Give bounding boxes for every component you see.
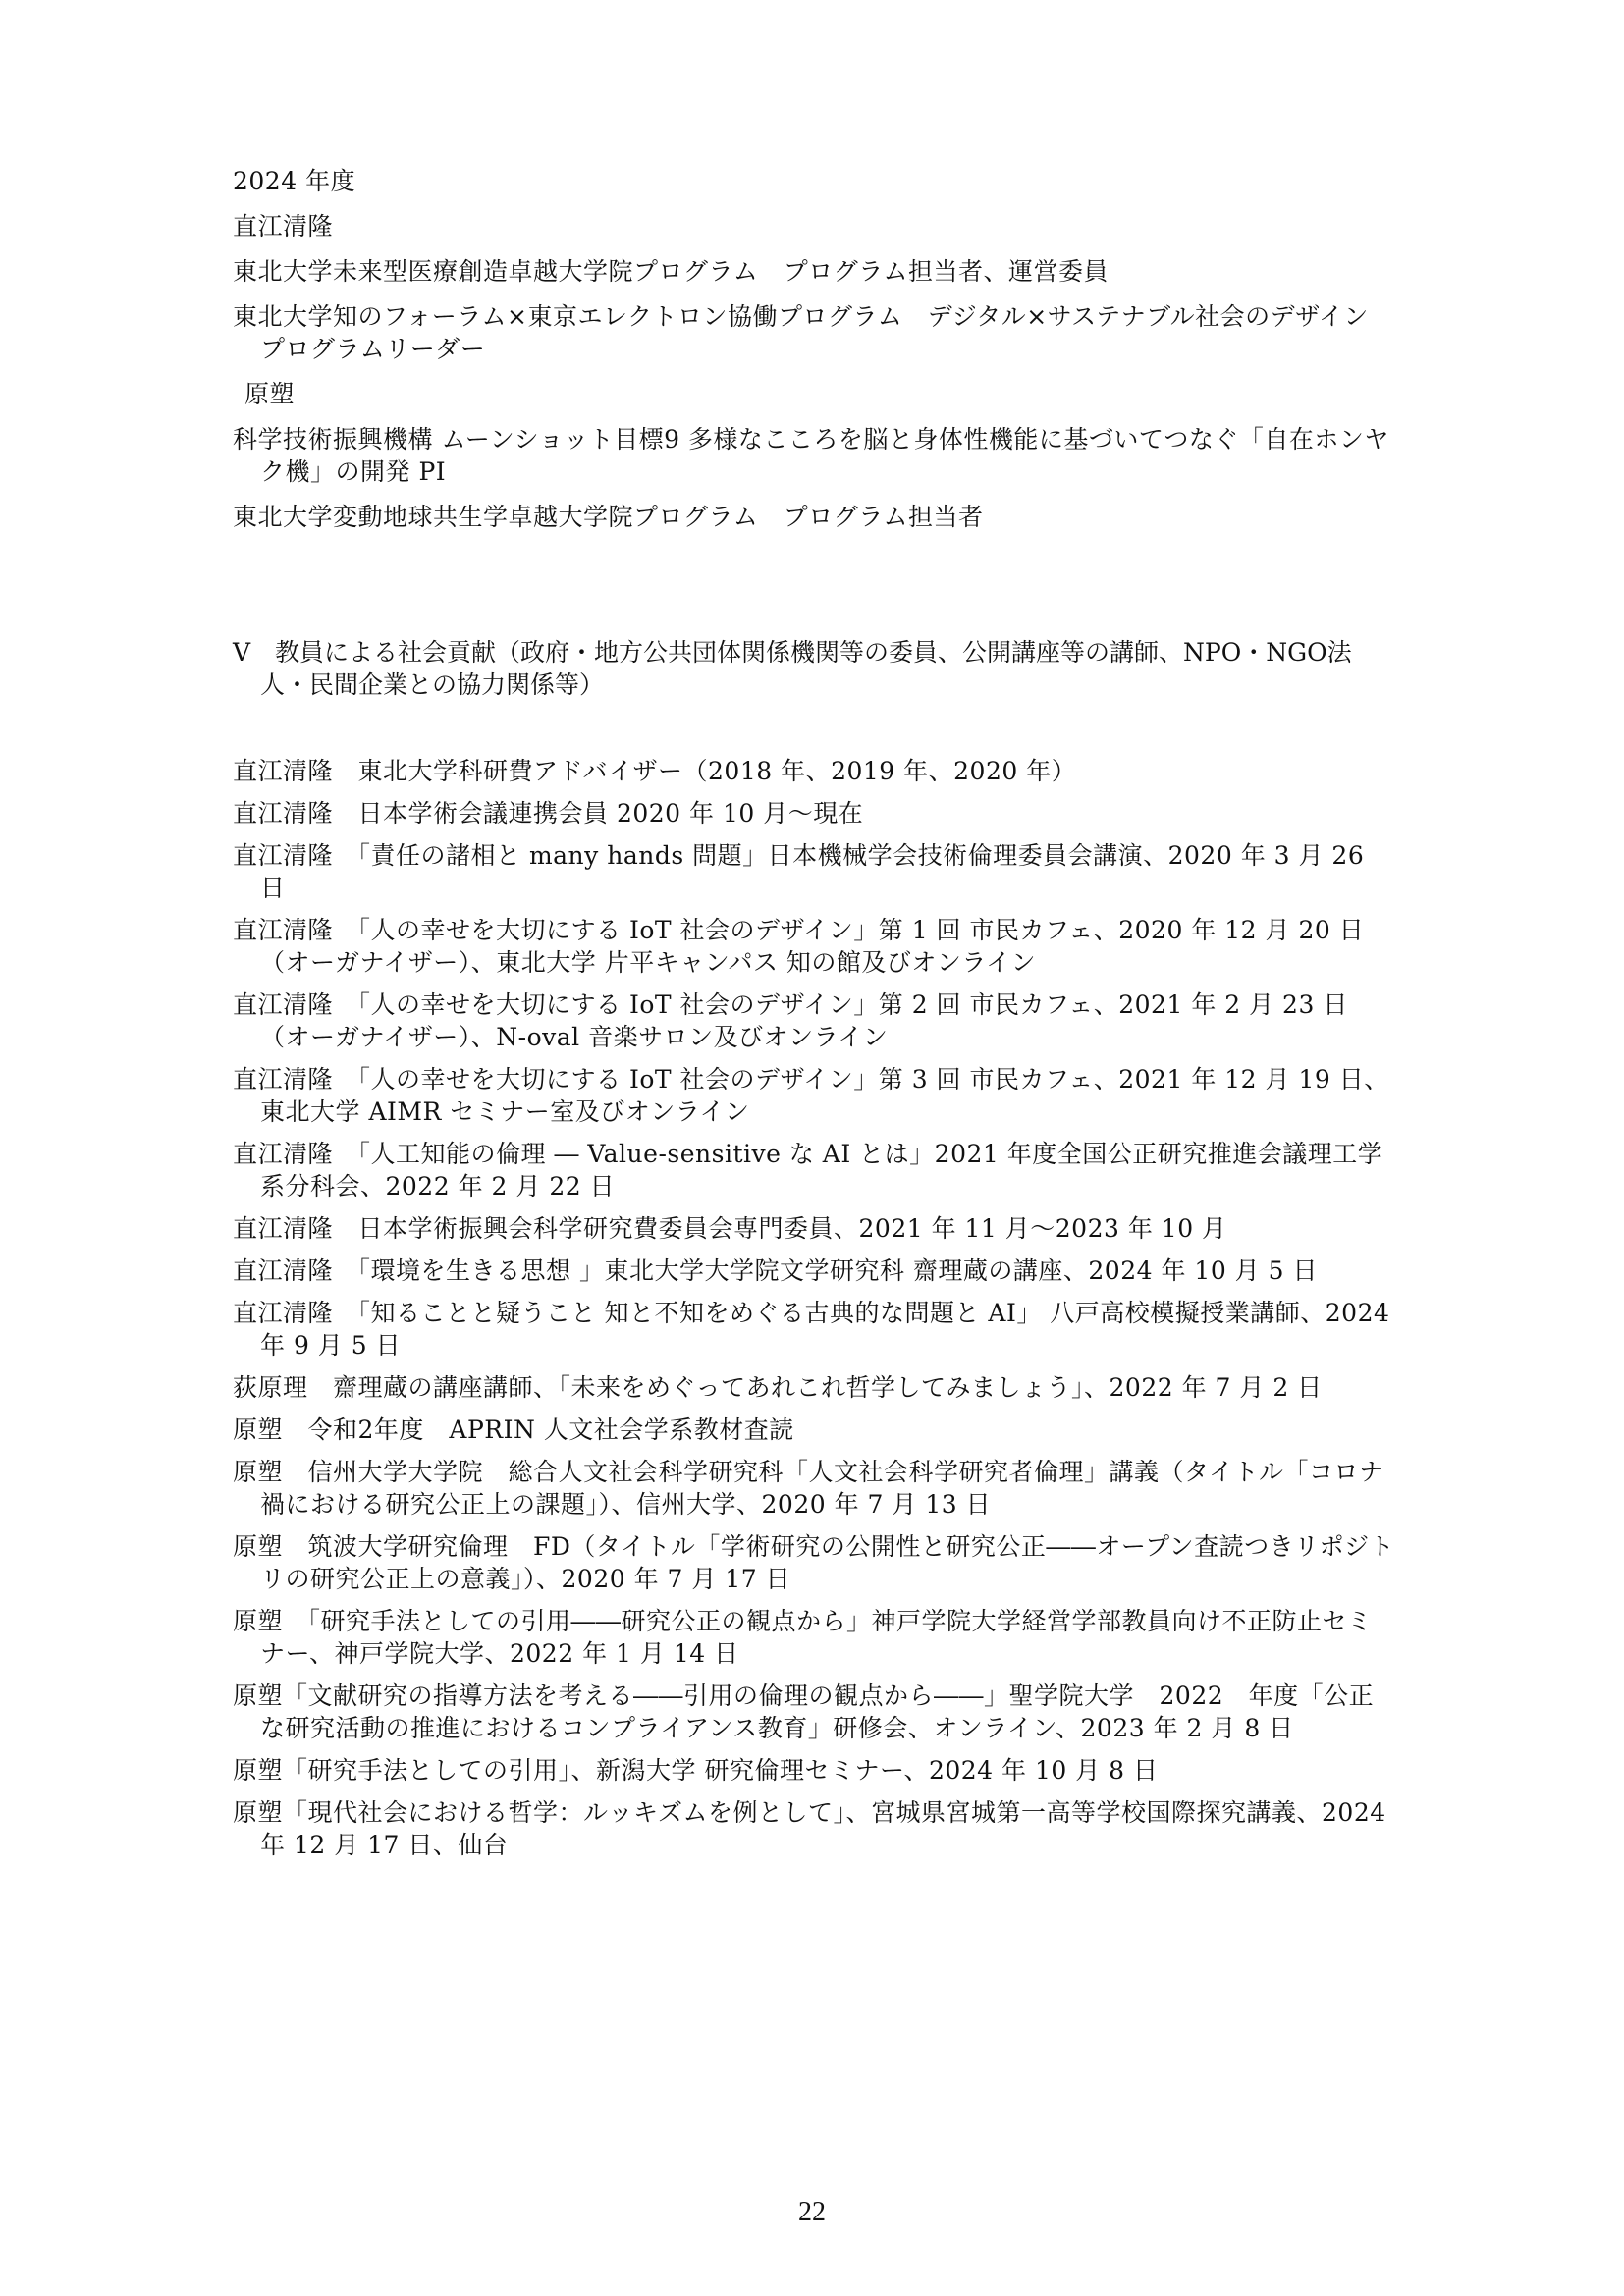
contribution-list: 直江清隆 東北大学科研費アドバイザー（2018 年、2019 年、2020 年）… <box>233 755 1396 1861</box>
page-number: 22 <box>0 2197 1624 2228</box>
section-heading: V 教員による社会貢献（政府・地方公共団体関係機関等の委員、公開講座等の講師、N… <box>233 636 1396 701</box>
document-page: 2024 年度 直江清隆 東北大学未来型医療創造卓越大学院プログラム プログラム… <box>233 165 1396 1871</box>
role-item: 東北大学変動地球共生学卓越大学院プログラム プログラム担当者 <box>233 501 1396 533</box>
list-item: 原塑「研究手法としての引用」、新潟大学 研究倫理セミナー、2024 年 10 月… <box>233 1754 1396 1787</box>
year-heading: 2024 年度 <box>233 165 1396 197</box>
list-item: 原塑 令和2年度 APRIN 人文社会学系教材査読 <box>233 1414 1396 1446</box>
list-item: 直江清隆 「人の幸せを大切にする IoT 社会のデザイン」第 1 回 市民カフェ… <box>233 914 1396 979</box>
spacer <box>233 546 1396 636</box>
role-item: 東北大学知のフォーラム×東京エレクトロン協働プログラム デジタル×サステナブル社… <box>233 300 1396 365</box>
list-item: 荻原理 齋理蔵の講座講師、「未来をめぐってあれこれ哲学してみましょう」、2022… <box>233 1371 1396 1404</box>
list-item: 直江清隆 「知ることと疑うこと 知と不知をめぐる古典的な問題と AI」 八戸高校… <box>233 1297 1396 1362</box>
person-name: 直江清隆 <box>233 210 1396 242</box>
list-item: 原塑「文献研究の指導方法を考える――引用の倫理の観点から――」聖学院大学 202… <box>233 1680 1396 1744</box>
role-item: 科学技術振興機構 ムーンショット目標9 多様なこころを脳と身体性機能に基づいてつ… <box>233 423 1396 488</box>
list-item: 直江清隆 「人の幸せを大切にする IoT 社会のデザイン」第 2 回 市民カフェ… <box>233 988 1396 1053</box>
list-item: 直江清隆 「人工知能の倫理 ― Value-sensitive な AI とは」… <box>233 1138 1396 1202</box>
list-item: 原塑 「研究手法としての引用――研究公正の観点から」神戸学院大学経営学部教員向け… <box>233 1605 1396 1670</box>
spacer <box>233 701 1396 755</box>
list-item: 直江清隆 「環境を生きる思想 」東北大学大学院文学研究科 齋理蔵の講座、2024… <box>233 1255 1396 1287</box>
list-item: 直江清隆 「責任の諸相と many hands 問題」日本機械学会技術倫理委員会… <box>233 839 1396 904</box>
list-item: 直江清隆 日本学術振興会科学研究費委員会専門委員、2021 年 11 月～202… <box>233 1212 1396 1245</box>
list-item: 直江清隆 東北大学科研費アドバイザー（2018 年、2019 年、2020 年） <box>233 755 1396 787</box>
list-item: 原塑 筑波大学研究倫理 FD（タイトル「学術研究の公開性と研究公正――オープン査… <box>233 1530 1396 1595</box>
role-item: 東北大学未来型医療創造卓越大学院プログラム プログラム担当者、運営委員 <box>233 255 1396 288</box>
list-item: 直江清隆 日本学術会議連携会員 2020 年 10 月～現在 <box>233 797 1396 829</box>
list-item: 直江清隆 「人の幸せを大切にする IoT 社会のデザイン」第 3 回 市民カフェ… <box>233 1063 1396 1128</box>
list-item: 原塑 信州大学大学院 総合人文社会科学研究科「人文社会科学研究者倫理」講義（タイ… <box>233 1456 1396 1521</box>
list-item: 原塑「現代社会における哲学：ルッキズムを例として」、宮城県宮城第一高等学校国際探… <box>233 1796 1396 1861</box>
person-name: 原塑 <box>233 378 1396 410</box>
